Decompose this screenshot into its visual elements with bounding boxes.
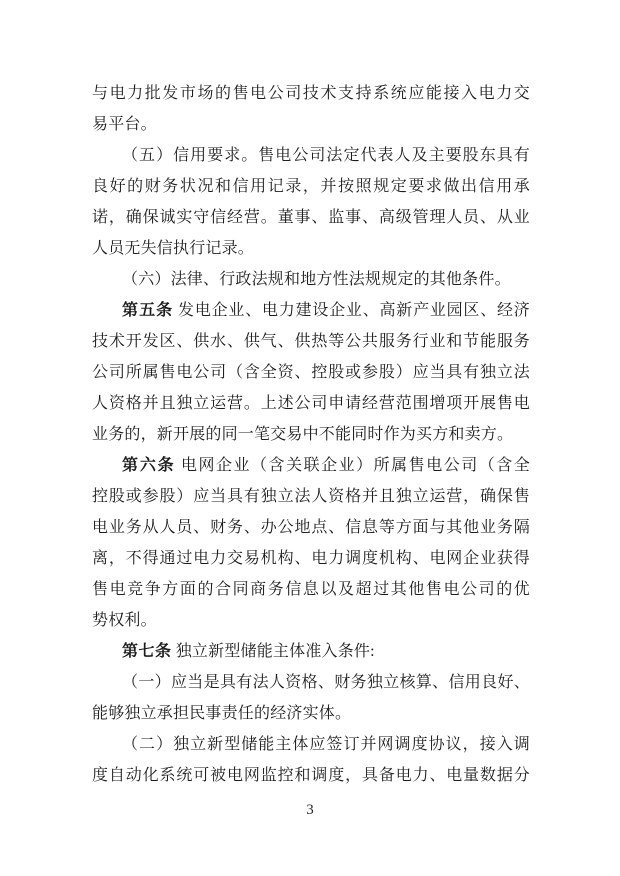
text-line: 第六条 电网企业（含关联企业）所属售电公司（含全资、 — [92, 450, 530, 481]
text-line: （六）法律、行政法规和地方性法规规定的其他条件。 — [92, 264, 530, 295]
text-line: （二）独立新型储能主体应签订并网调度协议，接入调 — [92, 729, 530, 760]
text-line: 离，不得通过电力交易机构、电力调度机构、电网企业获得 — [92, 543, 530, 574]
text-line: 诺，确保诚实守信经营。董事、监事、高级管理人员、从业 — [92, 202, 530, 233]
text-line: 与电力批发市场的售电公司技术支持系统应能接入电力交 — [92, 78, 530, 109]
text-line: 人员无失信执行记录。 — [92, 233, 530, 264]
document-body: 与电力批发市场的售电公司技术支持系统应能接入电力交易平台。（五）信用要求。售电公… — [92, 78, 530, 791]
document-page: 与电力批发市场的售电公司技术支持系统应能接入电力交易平台。（五）信用要求。售电公… — [0, 0, 620, 876]
text-line: 人资格并且独立运营。上述公司申请经营范围增项开展售电 — [92, 388, 530, 419]
article-heading: 第五条 — [122, 302, 173, 319]
text-line: 良好的财务状况和信用记录，并按照规定要求做出信用承 — [92, 171, 530, 202]
article-heading: 第七条 — [122, 643, 172, 660]
text-line: 业务的，新开展的同一笔交易中不能同时作为买方和卖方。 — [92, 419, 530, 450]
text-line: （一）应当是具有法人资格、财务独立核算、信用良好、 — [92, 667, 530, 698]
text-line: （五）信用要求。售电公司法定代表人及主要股东具有 — [92, 140, 530, 171]
text-line: 势权利。 — [92, 605, 530, 636]
text-line: 公司所属售电公司（含全资、控股或参股）应当具有独立法 — [92, 357, 530, 388]
page-number: 3 — [306, 802, 314, 818]
text-line: 度自动化系统可被电网监控和调度，具备电力、电量数据分 — [92, 760, 530, 791]
article-heading: 第六条 — [122, 457, 175, 474]
text-line: 第五条 发电企业、电力建设企业、高新产业园区、经济 — [92, 295, 530, 326]
text-line: 第七条 独立新型储能主体准入条件: — [92, 636, 530, 667]
text-line: 电业务从人员、财务、办公地点、信息等方面与其他业务隔 — [92, 512, 530, 543]
text-line: 技术开发区、供水、供气、供热等公共服务行业和节能服务 — [92, 326, 530, 357]
text-line: 能够独立承担民事责任的经济实体。 — [92, 698, 530, 729]
page-footer: 3 — [0, 801, 620, 819]
text-line: 售电竞争方面的合同商务信息以及超过其他售电公司的优 — [92, 574, 530, 605]
text-line: 控股或参股）应当具有独立法人资格并且独立运营，确保售 — [92, 481, 530, 512]
text-line: 易平台。 — [92, 109, 530, 140]
